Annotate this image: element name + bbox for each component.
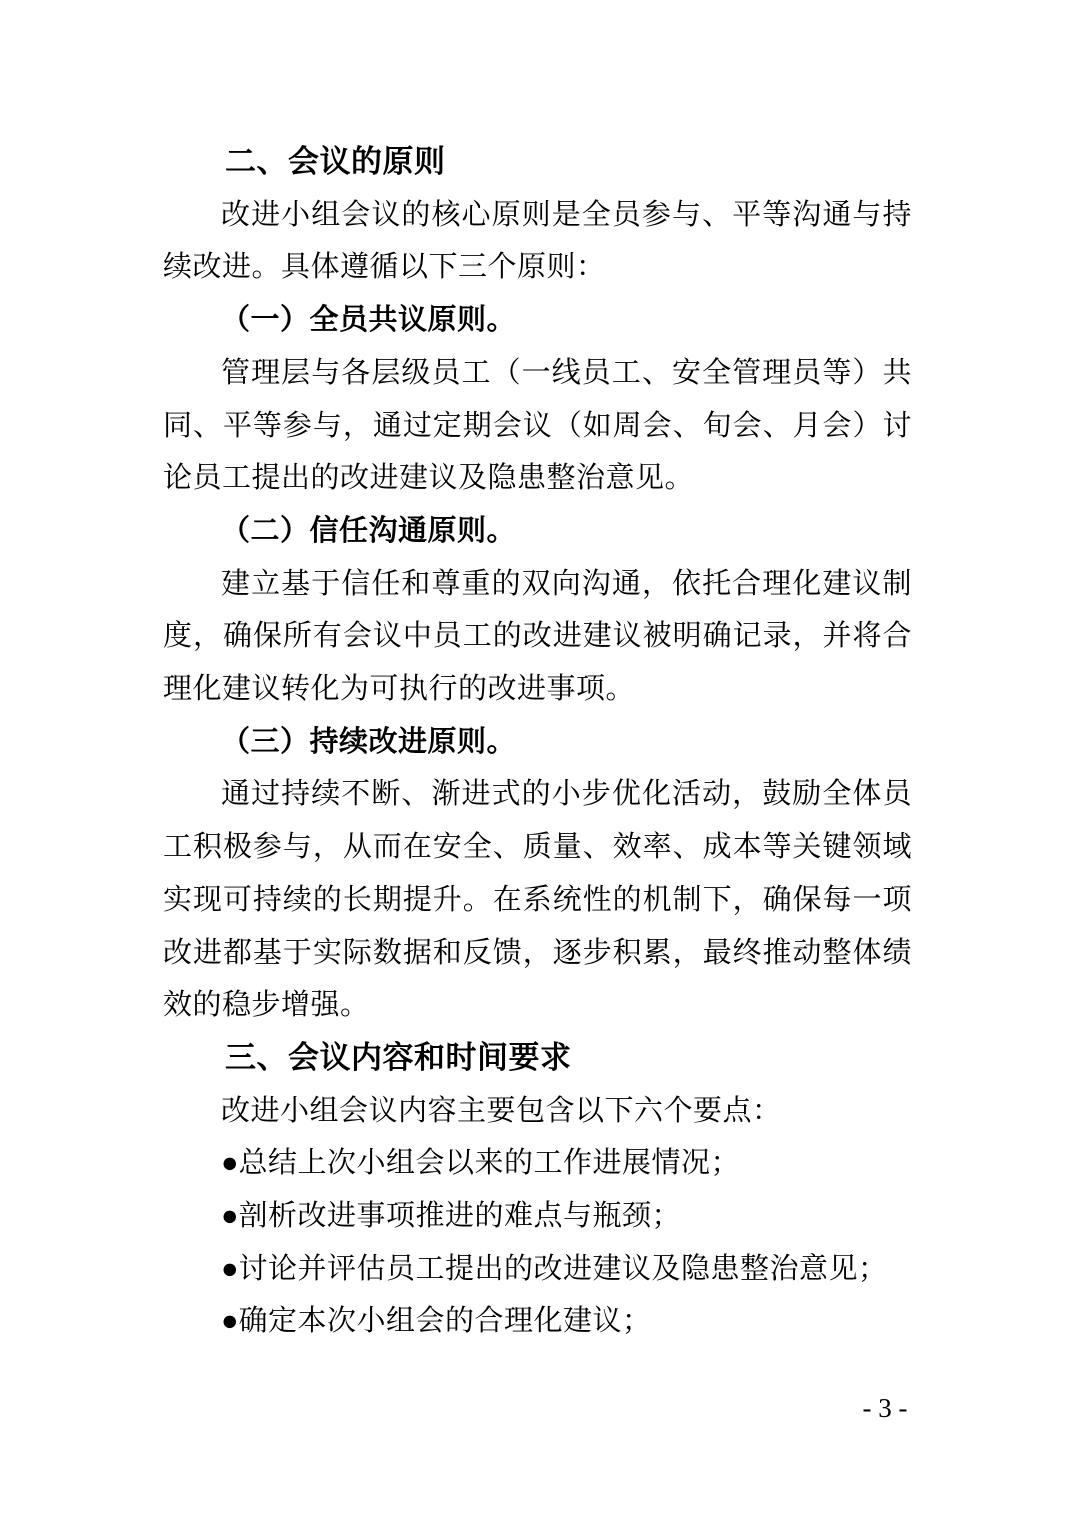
principle-3-paragraph: 通过持续不断、渐进式的小步优化活动，鼓励全体员工积极参与，从而在安全、质量、效率… <box>163 768 912 1032</box>
bullet-item-text: 讨论并评估员工提出的改进建议及隐患整治意见； <box>239 1253 888 1285</box>
document-body: 二、会议的原则 改进小组会议的核心原则是全员参与、平等沟通与持续改进。具体遵循以… <box>163 136 912 1348</box>
bullet-dot-icon: ● <box>221 1200 239 1232</box>
section-heading-3: 三、会议内容和时间要求 <box>163 1032 912 1085</box>
bullet-dot-icon: ● <box>221 1147 239 1179</box>
bullet-item-text: 总结上次小组会以来的工作进展情况； <box>239 1147 741 1179</box>
section-heading-2: 二、会议的原则 <box>163 136 912 189</box>
section3-intro-paragraph: 改进小组会议内容主要包含以下六个要点： <box>163 1085 912 1138</box>
page-number: - 3 - <box>830 1392 940 1424</box>
bullet-dot-icon: ● <box>221 1305 239 1337</box>
bullet-item: ●剖析改进事项推进的难点与瓶颈； <box>163 1190 912 1243</box>
bullet-dot-icon: ● <box>221 1253 239 1285</box>
principle-2-paragraph: 建立基于信任和尊重的双向沟通，依托合理化建议制度，确保所有会议中员工的改进建议被… <box>163 558 912 716</box>
principle-2-subheading: （二）信任沟通原则。 <box>163 505 912 558</box>
bullet-item: ●总结上次小组会以来的工作进展情况； <box>163 1137 912 1190</box>
bullet-item-text: 剖析改进事项推进的难点与瓶颈； <box>239 1200 682 1232</box>
bullet-item: ●讨论并评估员工提出的改进建议及隐患整治意见； <box>163 1243 912 1296</box>
bullet-item-text: 确定本次小组会的合理化建议； <box>239 1305 652 1337</box>
principle-1-subheading: （一）全员共议原则。 <box>163 294 912 347</box>
bullet-item: ●确定本次小组会的合理化建议； <box>163 1295 912 1348</box>
principle-1-paragraph: 管理层与各层级员工（一线员工、安全管理员等）共同、平等参与，通过定期会议（如周会… <box>163 347 912 505</box>
section2-intro-paragraph: 改进小组会议的核心原则是全员参与、平等沟通与持续改进。具体遵循以下三个原则： <box>163 189 912 294</box>
principle-3-subheading: （三）持续改进原则。 <box>163 716 912 769</box>
